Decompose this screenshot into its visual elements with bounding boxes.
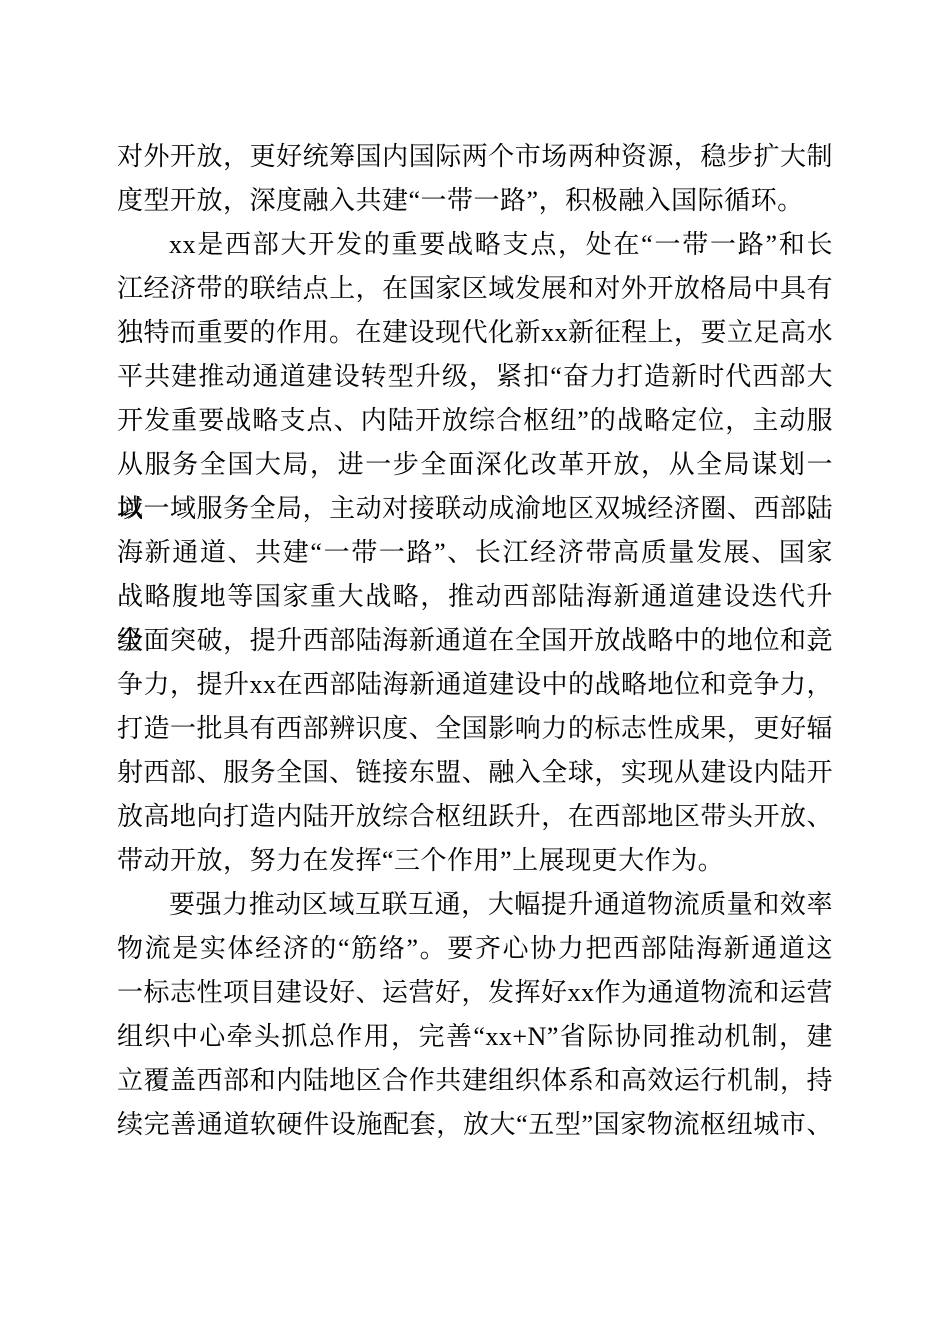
- text-line: 以一域服务全局，主动对接联动成渝地区双城经济圈、西部陆: [117, 487, 833, 531]
- text-line: 打造一批具有西部辨识度、全国影响力的标志性成果，更好辐: [117, 707, 833, 751]
- text-line: 开发重要战略支点、内陆开放综合枢纽”的战略定位，主动服: [117, 399, 833, 443]
- text-line: 射西部、服务全国、链接东盟、融入全球，实现从建设内陆开: [117, 751, 833, 795]
- text-line: 度型开放，深度融入共建“一带一路”，积极融入国际循环。: [117, 179, 833, 223]
- text-line: 全面突破，提升西部陆海新通道在全国开放战略中的地位和竞: [117, 619, 833, 663]
- text-line: 放高地向打造内陆开放综合枢纽跃升，在西部地区带头开放、: [117, 795, 833, 839]
- text-line: 组织中心牵头抓总作用，完善“xx+N”省际协同推动机制，建: [117, 1015, 833, 1059]
- text-line: 从服务全国大局，进一步全面深化改革开放，从全局谋划一域、: [117, 443, 833, 487]
- text-line: 战略腹地等国家重大战略，推动西部陆海新通道建设迭代升级、: [117, 575, 833, 619]
- text-line: 续完善通道软硬件设施配套，放大“五型”国家物流枢纽城市、: [117, 1103, 833, 1147]
- text-line: xx是西部大开发的重要战略支点，处在“一带一路”和长: [117, 223, 833, 267]
- text-line: 独特而重要的作用。在建设现代化新xx新征程上，要立足高水: [117, 311, 833, 355]
- text-line: 物流是实体经济的“筋络”。要齐心协力把西部陆海新通道这: [117, 927, 833, 971]
- text-line: 海新通道、共建“一带一路”、长江经济带高质量发展、国家: [117, 531, 833, 575]
- text-line: 平共建推动通道建设转型升级，紧扣“奋力打造新时代西部大: [117, 355, 833, 399]
- text-line: 带动开放，努力在发挥“三个作用”上展现更大作为。: [117, 839, 833, 883]
- text-line: 立覆盖西部和内陆地区合作共建组织体系和高效运行机制，持: [117, 1059, 833, 1103]
- text-line: 对外开放，更好统筹国内国际两个市场两种资源，稳步扩大制: [117, 135, 833, 179]
- text-line: 要强力推动区域互联互通，大幅提升通道物流质量和效率: [117, 883, 833, 927]
- text-line: 江经济带的联结点上，在国家区域发展和对外开放格局中具有: [117, 267, 833, 311]
- text-line: 一标志性项目建设好、运营好，发挥好xx作为通道物流和运营: [117, 971, 833, 1015]
- text-line: 争力，提升xx在西部陆海新通道建设中的战略地位和竞争力，: [117, 663, 833, 707]
- document-page: 对外开放，更好统筹国内国际两个市场两种资源，稳步扩大制 度型开放，深度融入共建“…: [0, 0, 950, 1344]
